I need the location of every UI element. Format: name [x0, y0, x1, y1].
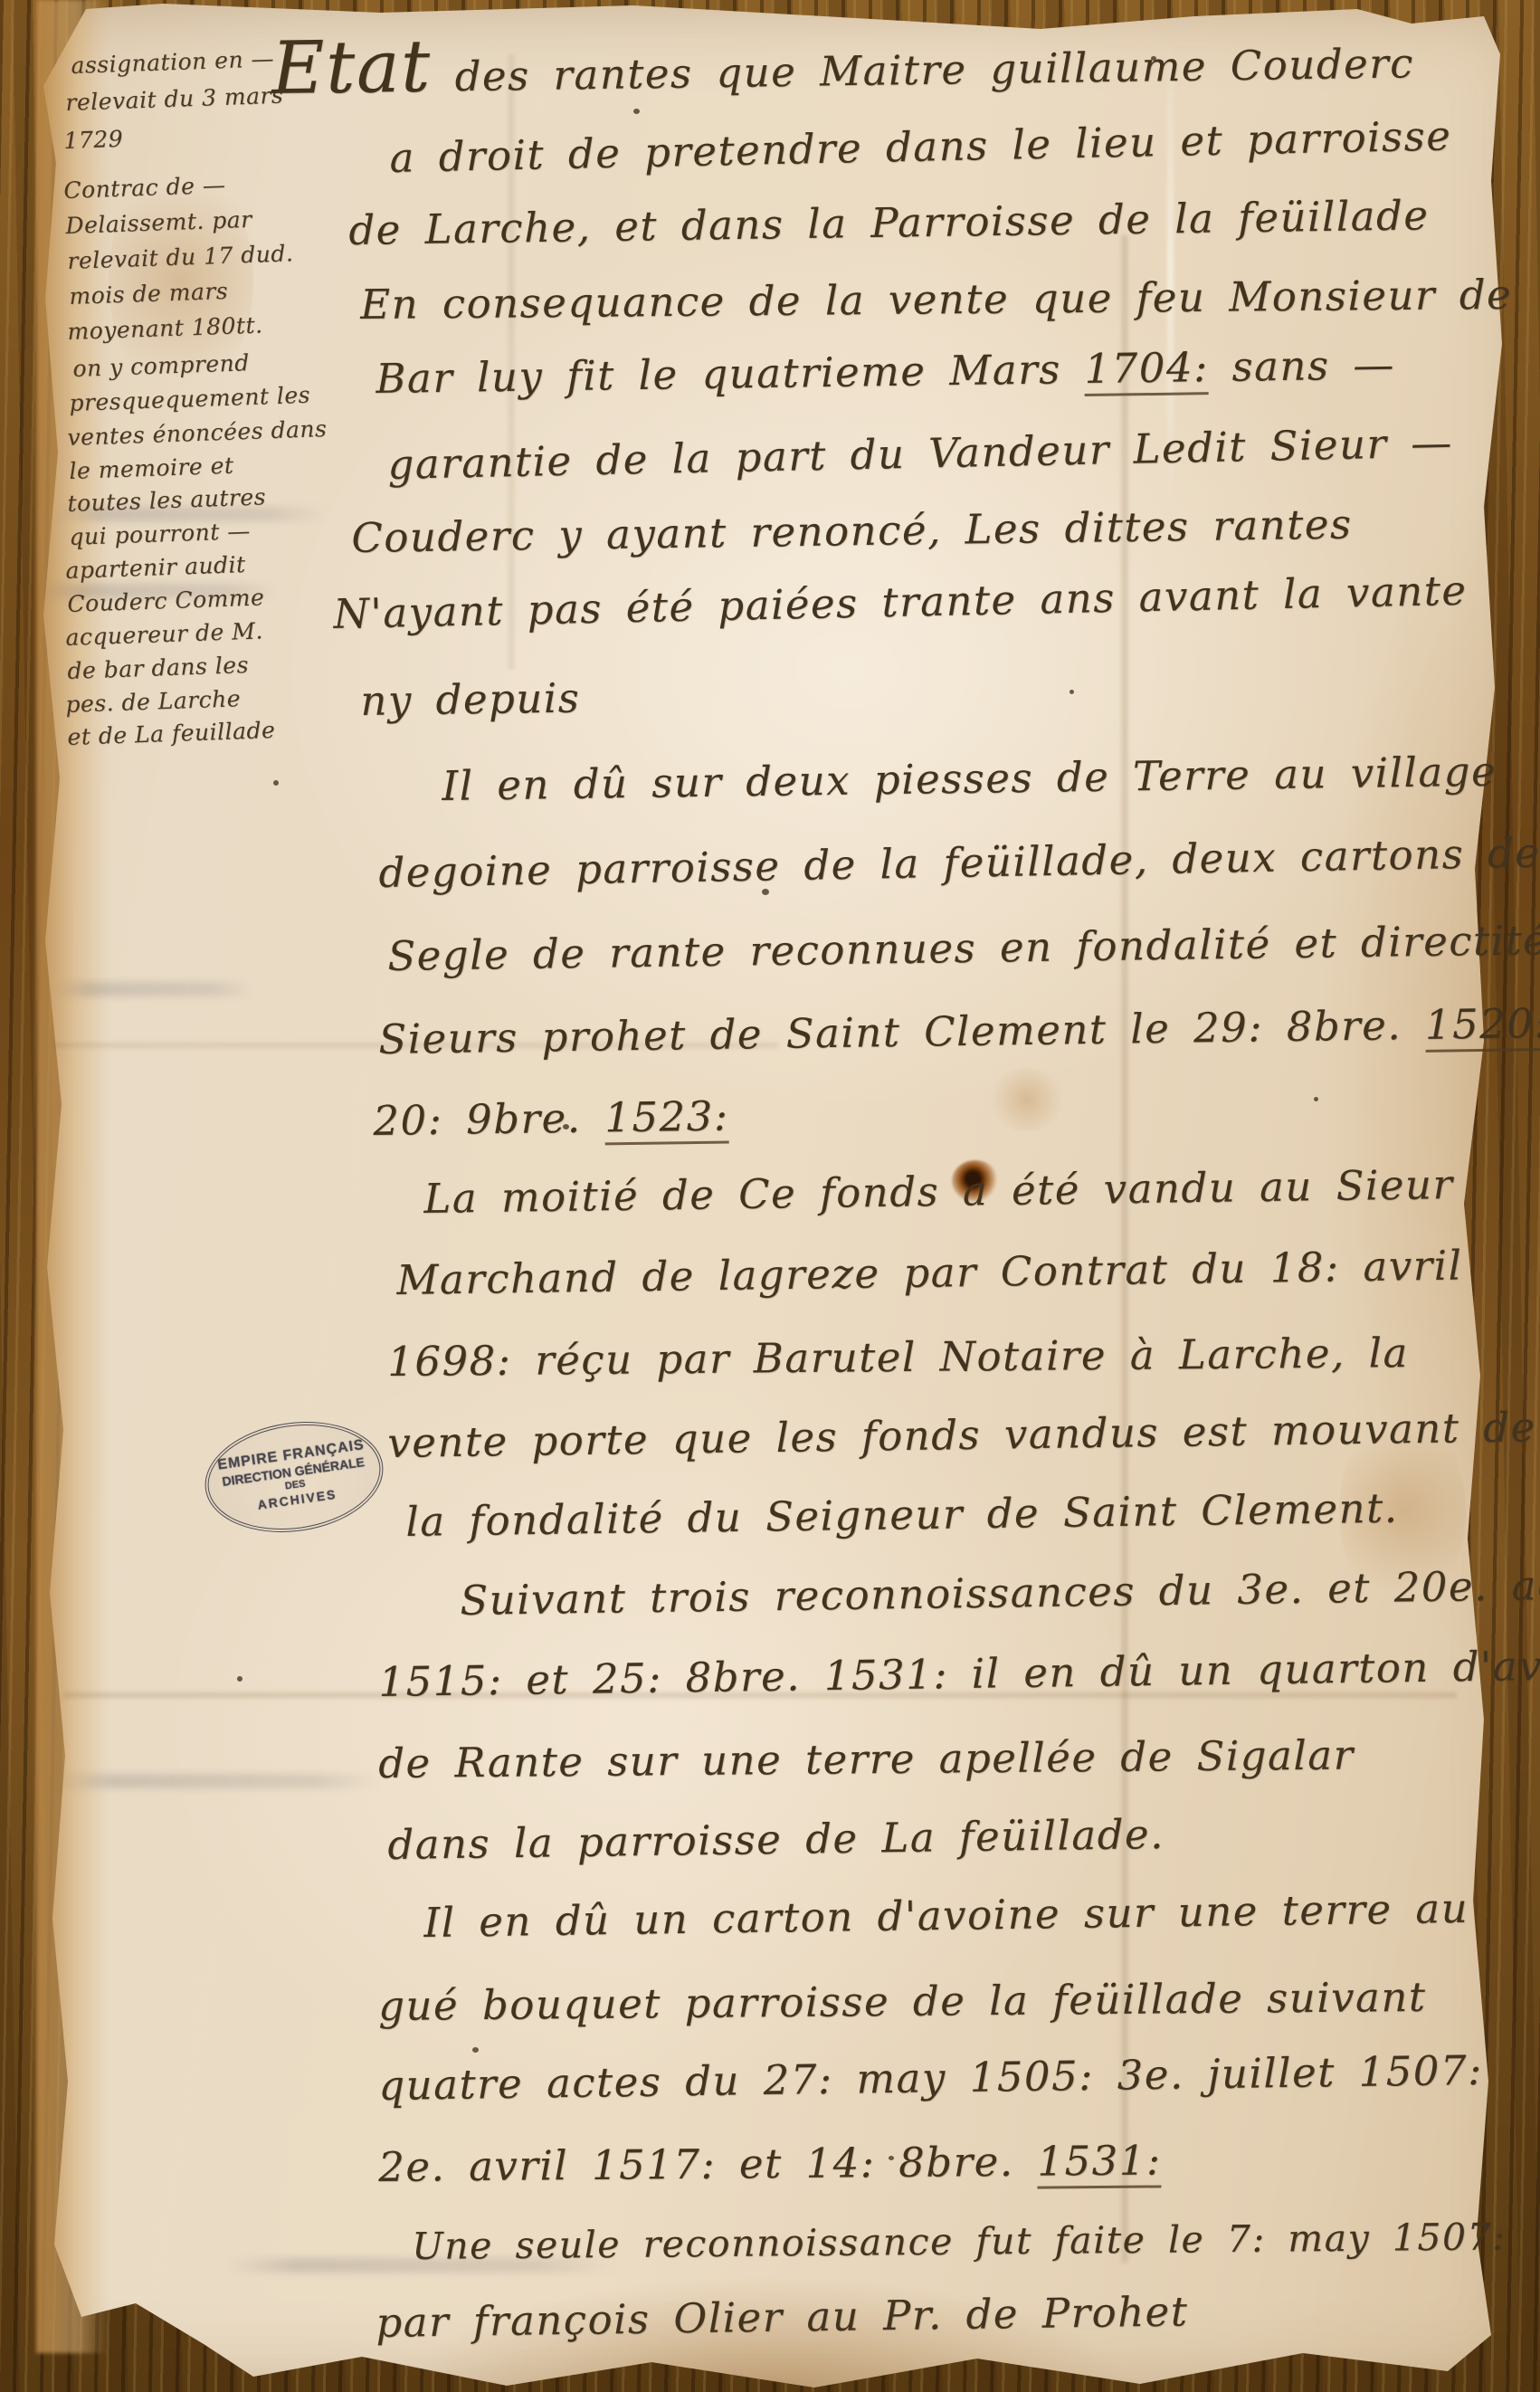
margin-note-line: on y comprend: [72, 349, 250, 382]
manuscript-line: ny depuis: [360, 674, 581, 725]
manuscript-line: Il en dû un carton d'avoine sur une terr…: [423, 1884, 1469, 1947]
margin-note-line: ventes énoncées dans: [67, 415, 328, 451]
manuscript-line: N'ayant pas été paiées trante ans avant …: [333, 567, 1468, 638]
margin-note-line: Couderc Comme: [67, 584, 265, 617]
margin-note-line: qui pourront —: [69, 518, 251, 550]
archive-stamp: EMPIRE FRANÇAIS DIRECTION GÉNÉRALE DES A…: [198, 1411, 391, 1543]
margin-note-line: apartenir audit: [65, 551, 246, 584]
margin-note-line: 1729: [63, 126, 124, 154]
manuscript-line: 2e. avril 1517: et 14: 8bre. 1531:: [378, 2136, 1162, 2191]
manuscript-line: degoine parroisse de la feüillade, deux …: [378, 829, 1540, 897]
manuscript-line: En consequance de la vente que feu Monsi…: [360, 271, 1512, 329]
manuscript-initial-word: Etat: [271, 24, 433, 110]
margin-note-line: pes. de Larche: [65, 685, 242, 718]
manuscript-line: a droit de pretendre dans le lieu et par…: [389, 111, 1452, 182]
manuscript-line: 20: 9bre. 1523:: [373, 1092, 729, 1145]
manuscript-line: gué bouquet parroisse de la feüillade su…: [378, 1973, 1427, 2030]
margin-note-line: Delaissemt. par: [65, 206, 252, 239]
manuscript-line: 1515: et 25: 8bre. 1531: il en dû un qua…: [378, 1641, 1540, 1706]
manuscript-line: Segle de rante reconnues en fondalité et…: [387, 915, 1540, 980]
manuscript-line: Etat des rantes que Maitre guillaume Cou…: [271, 34, 1414, 103]
manuscript-line: Couderc y ayant renoncé, Les dittes rant…: [351, 500, 1353, 562]
manuscript-line: quatre actes du 27: may 1505: 3e. juille…: [378, 2046, 1483, 2110]
margin-note-line: et de La feuillade: [67, 717, 276, 750]
underlined-year: 1531:: [1037, 2136, 1162, 2188]
margin-note-line: Contrac de —: [63, 172, 226, 204]
underlined-year: 1523:: [604, 1092, 729, 1146]
handwritten-text-layer: assignation en — relevait du 3 mars 1729…: [0, 0, 1540, 2392]
margin-note-line: le memoire et: [69, 453, 234, 484]
manuscript-line: Il en dû sur deux piesses de Terre au vi…: [442, 748, 1497, 810]
manuscript-line: vente porte que les fonds vandus est mou…: [387, 1403, 1536, 1467]
manuscript-line: Une seule reconnoissance fut faite le 7:…: [412, 2215, 1507, 2268]
manuscript-line: Bar luy fit le quatrieme Mars 1704: sans…: [375, 340, 1395, 403]
margin-note-line: relevait du 3 mars: [65, 82, 284, 116]
manuscript-line: de Larche, et dans la Parroisse de la fe…: [348, 191, 1430, 254]
manuscript-line: 1698: réçu par Barutel Notaire à Larche,…: [387, 1329, 1409, 1386]
photograph-of-manuscript: { "manuscript": { "margin_note": { "line…: [0, 0, 1540, 2392]
margin-note-line: moyenant 180tt.: [67, 311, 263, 345]
margin-note-line: de bar dans les: [67, 652, 249, 684]
manuscript-line: Sieurs prohet de Saint Clement le 29: 8b…: [378, 998, 1540, 1063]
manuscript-line: garantie de la part du Vandeur Ledit Sie…: [387, 418, 1453, 489]
manuscript-line: Marchand de lagreze par Contrat du 18: a…: [396, 1242, 1463, 1304]
margin-note-line: mois de mars: [69, 278, 229, 310]
margin-note-line: acquereur de M.: [65, 617, 263, 651]
manuscript-line: la fondalité du Seigneur de Saint Clemen…: [405, 1484, 1399, 1546]
underlined-year: 1520:: [1425, 999, 1540, 1053]
manuscript-line: La moitié de Ce fonds a été vandu au Sie…: [423, 1160, 1454, 1223]
margin-note-line: relevait du 17 dud.: [67, 240, 294, 274]
margin-note-line: presquequement les: [69, 382, 310, 416]
manuscript-line: par françois Olier au Pr. de Prohet: [375, 2287, 1189, 2347]
underlined-year: 1704:: [1084, 343, 1209, 396]
margin-note-line: assignation en —: [71, 45, 274, 79]
margin-note-line: toutes les autres: [67, 483, 266, 517]
manuscript-line: de Rante sur une terre apellée de Sigala…: [378, 1731, 1355, 1787]
manuscript-line: Suivant trois reconnoissances du 3e. et …: [460, 1560, 1540, 1625]
manuscript-line: dans la parroisse de La feüillade.: [387, 1810, 1165, 1869]
